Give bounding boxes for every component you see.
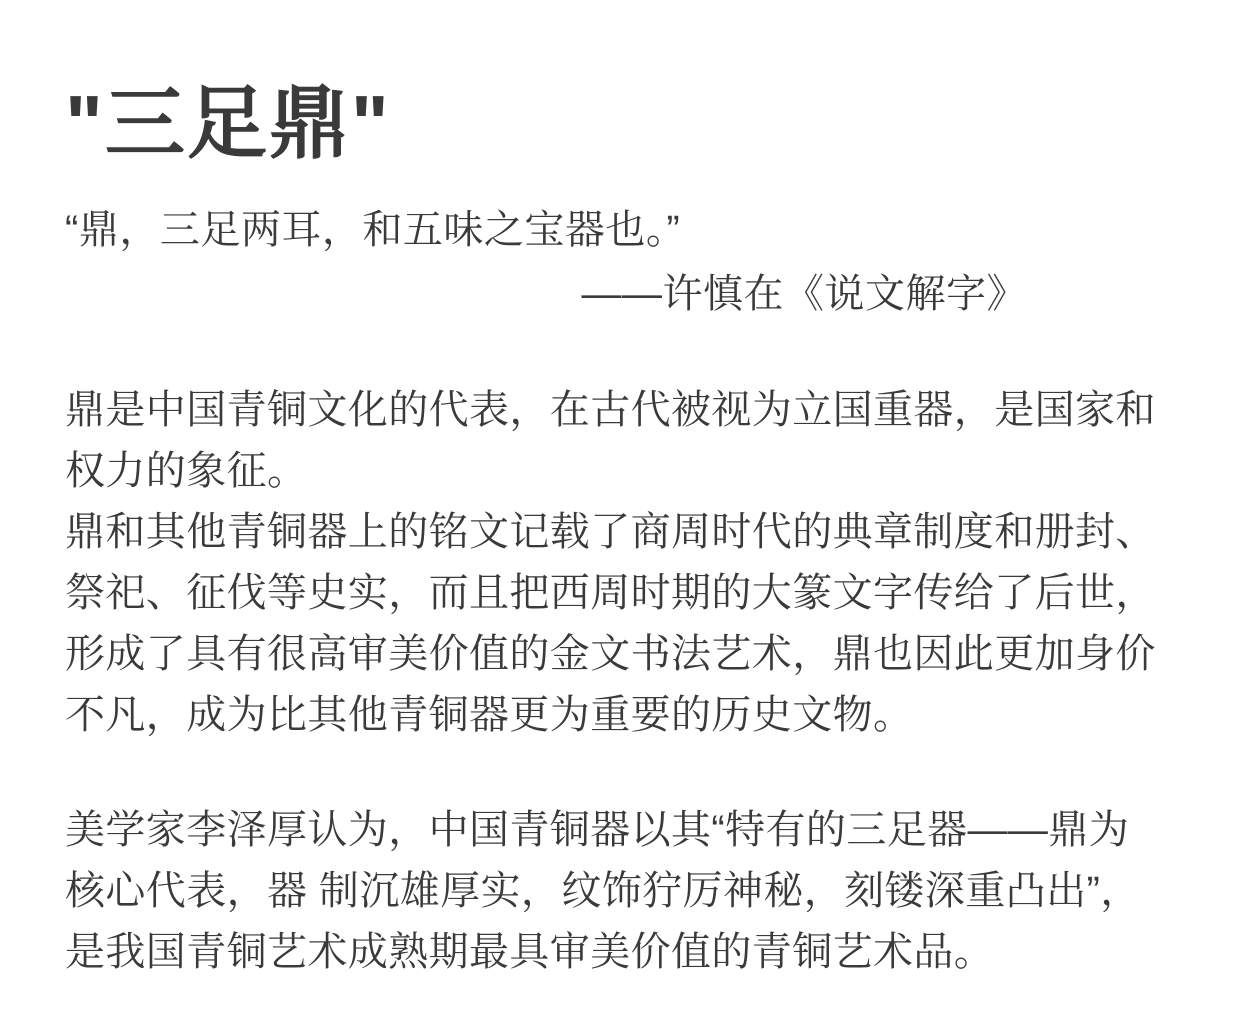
quote-attribution: ——许慎在《说文解字》 xyxy=(65,266,1175,322)
paragraph-block-1: 鼎是中国青铜文化的代表，在古代被视为立国重器，是国家和 权力的象征。 鼎和其他青… xyxy=(65,380,1175,746)
page-title: "三足鼎" xyxy=(65,74,1175,174)
paragraph-block-2: 美学家李泽厚认为，中国青铜器以其“特有的三足器——鼎为 核心代表，器 制沉雄厚实… xyxy=(65,800,1175,983)
document-page: "三足鼎" “鼎，三足两耳，和五味之宝器也。” ——许慎在《说文解字》 鼎是中国… xyxy=(0,0,1240,1010)
quote-text: “鼎，三足两耳，和五味之宝器也。” xyxy=(65,202,1175,258)
